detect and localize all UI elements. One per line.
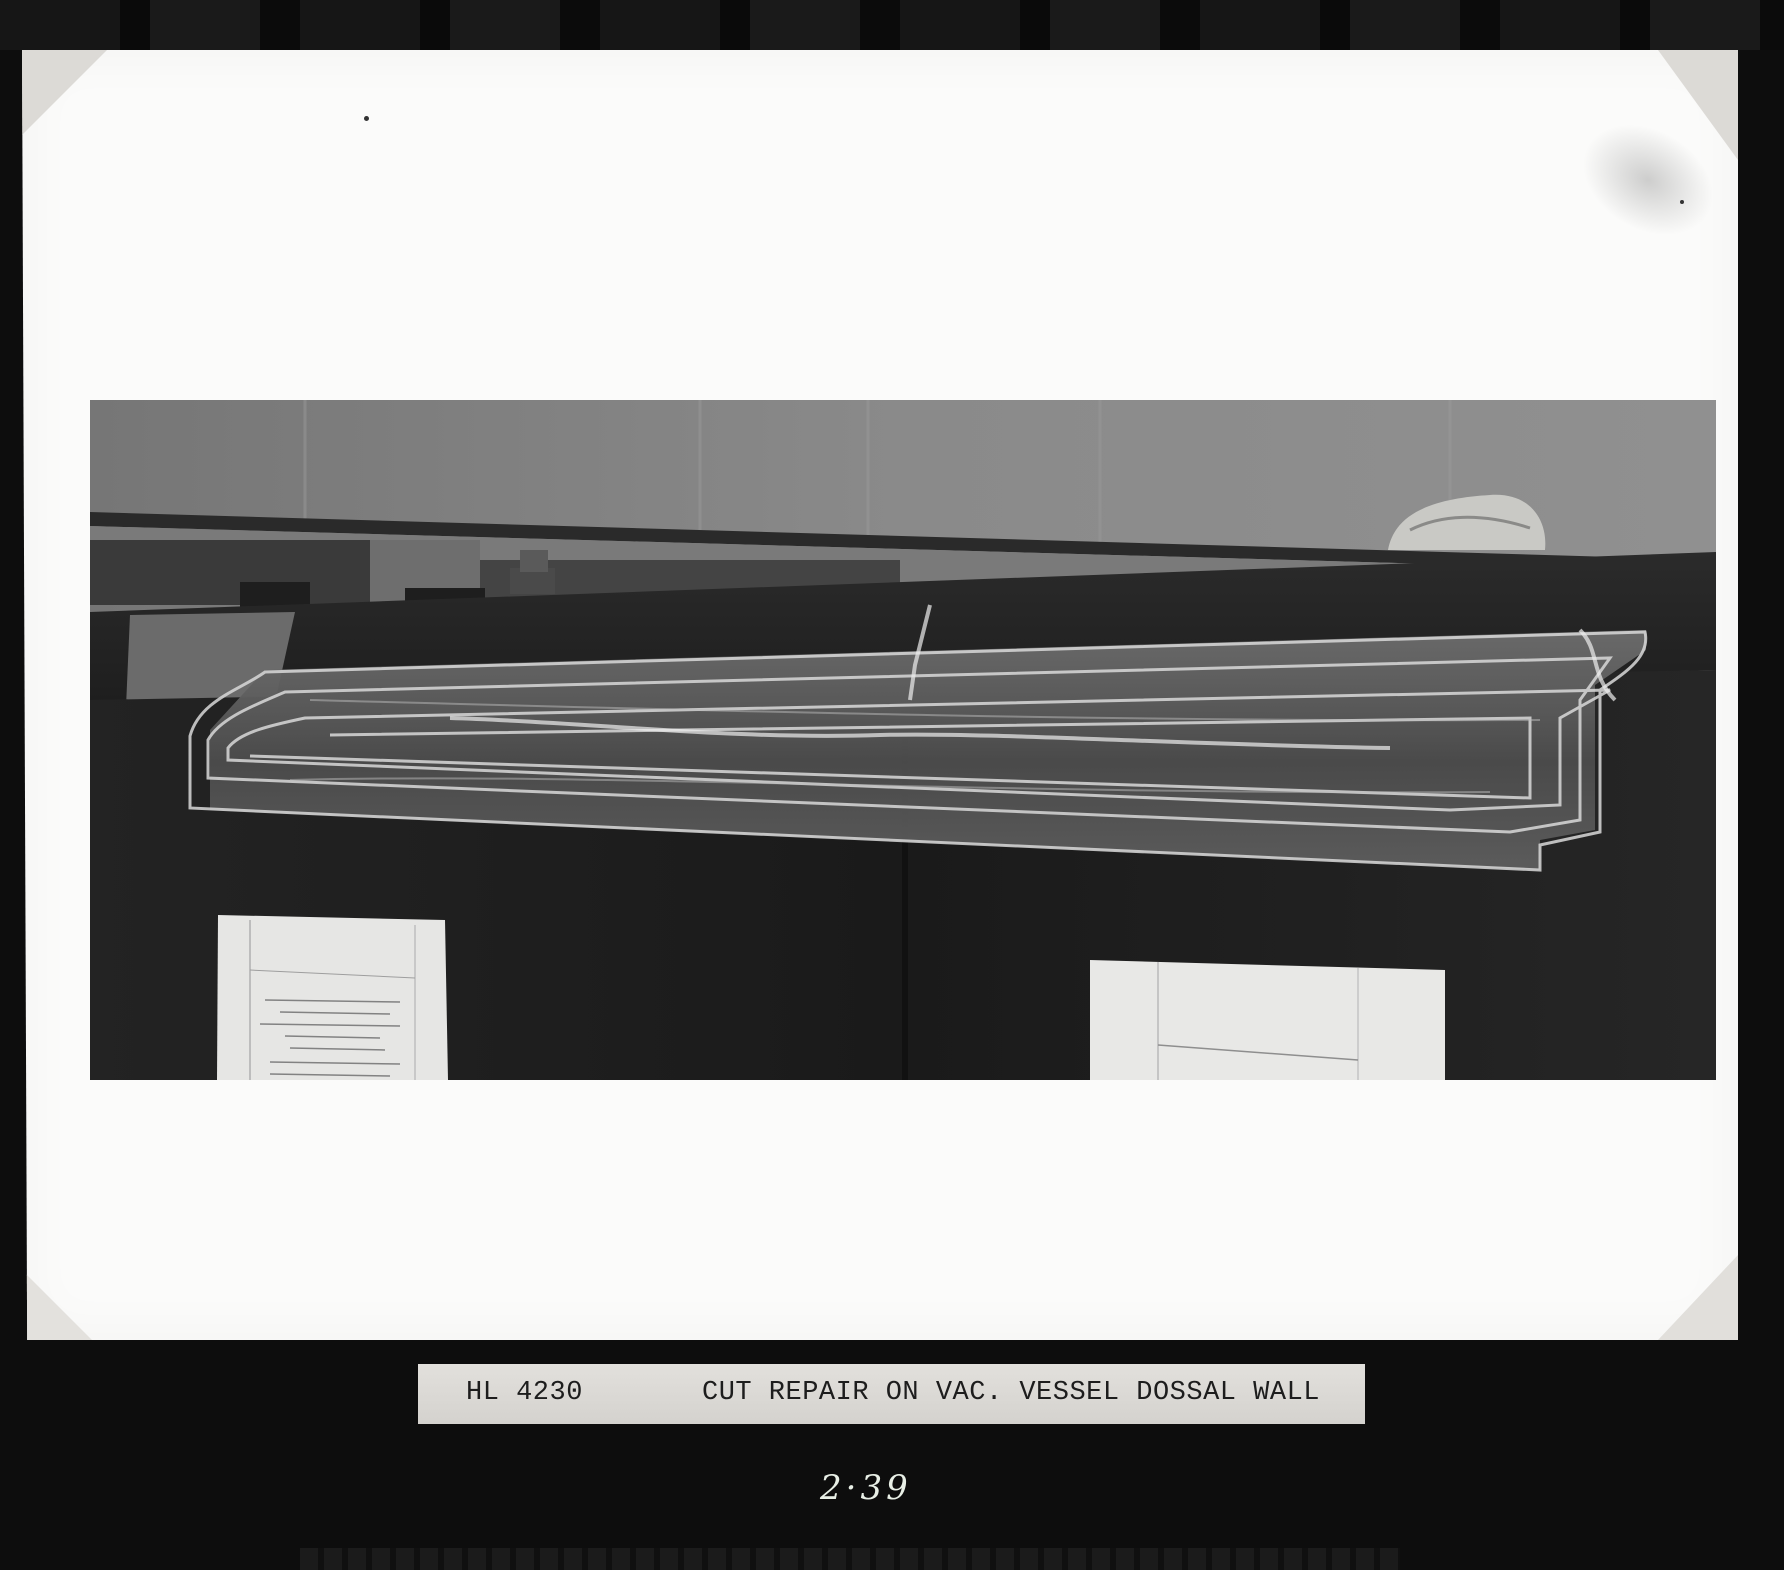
print-speck — [364, 116, 369, 121]
caption-code: HL 4230 — [466, 1378, 583, 1408]
photo-corner-mount-bottom-left — [22, 1270, 92, 1340]
photograph — [90, 400, 1716, 1080]
photo-corner-mount-top-left — [22, 50, 107, 135]
note-paper-right — [1090, 960, 1445, 1080]
handwritten-date: 2·39 — [820, 1468, 912, 1508]
print-speck — [1680, 200, 1684, 204]
photo-corner-mount-bottom-right — [1658, 1255, 1738, 1340]
mount-bottom-band — [300, 1548, 1400, 1570]
note-paper-left — [217, 915, 448, 1080]
caption-title: CUT REPAIR ON VAC. VESSEL DOSSAL WALL — [702, 1378, 1320, 1408]
caption-label: HL 4230 CUT REPAIR ON VAC. VESSEL DOSSAL… — [418, 1364, 1365, 1424]
photo-print — [22, 50, 1738, 1340]
photograph-scene — [90, 400, 1716, 1080]
mount-top-band — [0, 0, 1784, 50]
